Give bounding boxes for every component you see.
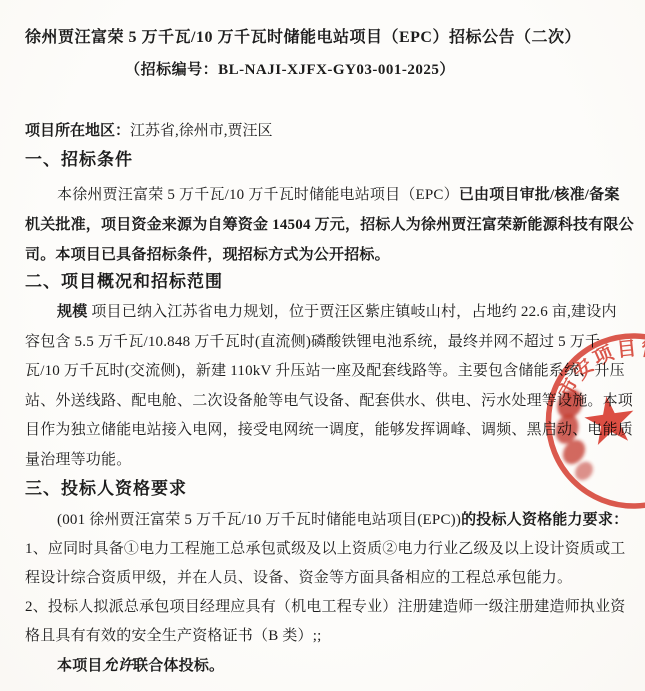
text-line: 本徐州贾汪富荣 5 万千瓦/10 万千瓦时储能电站项目（EPC）已由项目审批/核… [25,180,555,210]
text-segment: 本徐州贾汪富荣 5 万千瓦/10 万千瓦时储能电站项目（EPC） [57,187,459,203]
qualification-item-1-line: 1、应同时具备①电力工程施工总承包贰级及以上资质②电力行业乙级及以上设计资质或工 [25,535,555,564]
location-value: 江苏省,徐州市,贾汪区 [130,123,273,139]
document-title: 徐州贾汪富荣 5 万千瓦/10 万千瓦时储能电站项目（EPC）招标公告（二次） [25,26,555,50]
document-page: 徐州贾汪富荣 5 万千瓦/10 万千瓦时储能电站项目（EPC）招标公告（二次） … [0,0,645,691]
text-segment: 项目已纳入江苏省电力规划，位于贾汪区紫庄镇岐山村，占地约 22.6 亩,建设内 [87,304,616,320]
text-line: 司。本项目已具备招标条件，现招标方式为公开招标。 [25,240,555,270]
text-line: (001 徐州贾汪富荣 5 万千瓦/10 万千瓦时储能电站项目(EPC))的投标… [25,506,555,535]
consortium-bidding-line: 本项目允许联合体投标。 [25,652,555,681]
section-3-heading: 三、投标人资格要求 [25,478,555,500]
text-line: 容包含 5.5 万千瓦/10.848 万千瓦时(直流侧)磷酸铁锂电池系统，最终并… [25,328,555,358]
section-1-heading: 一、招标条件 [25,149,555,171]
document-content: 徐州贾汪富荣 5 万千瓦/10 万千瓦时储能电站项目（EPC）招标公告（二次） … [25,26,555,681]
qualification-item-2-line: 格且具有有效的安全生产资格证书（B 类）;; [25,622,555,651]
text-segment-bold: 已由项目审批/核准/备案 [459,187,620,203]
text-line: 规模 项目已纳入江苏省电力规划，位于贾汪区紫庄镇岐山村，占地约 22.6 亩,建… [25,298,555,328]
tender-number: （招标编号：BL-NAJI-XJFX-GY03-001-2025） [25,59,555,81]
text-segment: 联合体投标。 [133,658,224,674]
text-segment: (001 徐州贾汪富荣 5 万千瓦/10 万千瓦时储能电站项目(EPC)) [57,512,461,528]
text-line: 机关批准，项目资金来源为自筹资金 14504 万元，招标人为徐州贾汪富荣新能源科… [25,210,555,240]
text-line: 站、外送线路、配电舱、二次设备舱等电气设备、配套供水、供电、污水处理等设施。本项 [25,387,555,417]
section-3-paragraph: (001 徐州贾汪富荣 5 万千瓦/10 万千瓦时储能电站项目(EPC))的投标… [25,506,555,681]
text-segment-bold: 的投标人资格能力要求： [461,512,628,528]
text-line: 量治理等功能。 [25,446,555,476]
text-segment-italic: 允许 [103,658,133,674]
scale-label: 规模 [57,304,87,320]
qualification-item-2-line: 2、投标人拟派总承包项目经理应具有（机电工程专业）注册建造师一级注册建造师执业资 [25,593,555,622]
location-label: 项目所在地区： [25,123,130,139]
section-2-heading: 二、项目概况和招标范围 [25,271,555,293]
qualification-item-1-line: 程设计综合资质甲级，并在人员、设备、资金等方面具备相应的工程总承包能力。 [25,564,555,593]
section-1-paragraph: 本徐州贾汪富荣 5 万千瓦/10 万千瓦时储能电站项目（EPC）已由项目审批/核… [25,180,555,270]
project-location-line: 项目所在地区：江苏省,徐州市,贾汪区 [25,121,555,141]
text-line: 目作为独立储能电站接入电网，接受电网统一调度，能够发挥调峰、调频、黑启动、电能质 [25,416,555,446]
section-2-paragraph: 规模 项目已纳入江苏省电力规划，位于贾汪区紫庄镇岐山村，占地约 22.6 亩,建… [25,298,555,475]
text-segment: 本项目 [57,658,103,674]
text-line: 瓦/10 万千瓦时(交流侧)，新建 110kV 升压站一座及配套线路等。主要包含… [25,357,555,387]
